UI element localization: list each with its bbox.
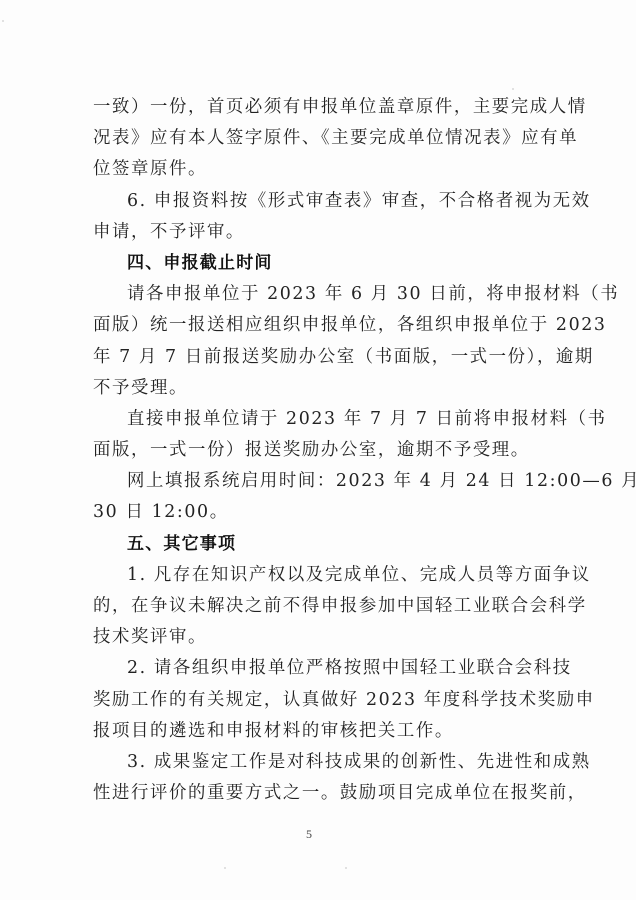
- text-line: 不予受理。: [93, 373, 539, 404]
- paragraph-item-2: 2. 请各组织申报单位严格按照中国轻工业联合会科技 奖励工作的有关规定，认真做好…: [93, 653, 539, 747]
- paragraph-item-3: 3. 成果鉴定工作是对科技成果的创新性、先进性和成熟 性进行评价的重要方式之一。…: [93, 747, 539, 809]
- paragraph-deadline: 请各申报单位于 2023 年 6 月 30 日前，将申报材料（书 面版）统一报送…: [93, 279, 539, 404]
- paragraph-item-6: 6. 申报资料按《形式审查表》审查，不合格者视为无效 申请，不予评审。: [93, 186, 539, 248]
- scan-artifact: [345, 867, 347, 869]
- text-line: 3. 成果鉴定工作是对科技成果的创新性、先进性和成熟: [93, 747, 539, 778]
- section-heading-deadline: 四、申报截止时间: [93, 248, 539, 279]
- text-line: 面版）统一报送相应组织申报单位，各组织申报单位于 2023: [93, 310, 539, 341]
- text-line: 6. 申报资料按《形式审查表》审查，不合格者视为无效: [93, 186, 539, 217]
- scan-artifact: [224, 867, 226, 869]
- text-line: 面版，一式一份）报送奖励办公室，逾期不予受理。: [93, 435, 539, 466]
- paragraph-continuation: 一致）一份，首页必须有申报单位盖章原件，主要完成人情 况表》应有本人签字原件、《…: [93, 92, 539, 186]
- paragraph-online-system: 网上填报系统启用时间：2023 年 4 月 24 日 12:00—6 月 30 …: [93, 466, 539, 528]
- scan-artifact: [512, 88, 514, 90]
- document-page: 一致）一份，首页必须有申报单位盖章原件，主要完成人情 况表》应有本人签字原件、《…: [0, 0, 636, 900]
- document-body: 一致）一份，首页必须有申报单位盖章原件，主要完成人情 况表》应有本人签字原件、《…: [93, 92, 539, 809]
- text-line: 技术奖评审。: [93, 622, 539, 653]
- text-line: 况表》应有本人签字原件、《主要完成单位情况表》应有单: [93, 123, 539, 154]
- text-line: 年 7 月 7 日前报送奖励办公室（书面版，一式一份），逾期: [93, 342, 539, 373]
- text-line: 30 日 12:00。: [93, 497, 539, 528]
- text-line: 一致）一份，首页必须有申报单位盖章原件，主要完成人情: [93, 92, 539, 123]
- text-line: 直接申报单位请于 2023 年 7 月 7 日前将申报材料（书: [93, 404, 539, 435]
- text-line: 性进行评价的重要方式之一。鼓励项目完成单位在报奖前，: [93, 778, 539, 809]
- text-line: 2. 请各组织申报单位严格按照中国轻工业联合会科技: [93, 653, 539, 684]
- paragraph-direct-applicants: 直接申报单位请于 2023 年 7 月 7 日前将申报材料（书 面版，一式一份）…: [93, 404, 539, 466]
- text-line: 请各申报单位于 2023 年 6 月 30 日前，将申报材料（书: [93, 279, 539, 310]
- paragraph-item-1: 1. 凡存在知识产权以及完成单位、完成人员等方面争议 的，在争议未解决之前不得申…: [93, 560, 539, 654]
- text-line: 的，在争议未解决之前不得申报参加中国轻工业联合会科学: [93, 591, 539, 622]
- page-number: 5: [306, 827, 312, 842]
- text-line: 报项目的遴选和申报材料的审核把关工作。: [93, 716, 539, 747]
- text-line: 1. 凡存在知识产权以及完成单位、完成人员等方面争议: [93, 560, 539, 591]
- text-line: 网上填报系统启用时间：2023 年 4 月 24 日 12:00—6 月: [93, 466, 539, 497]
- scan-artifact: [2, 20, 4, 22]
- text-line: 申请，不予评审。: [93, 217, 539, 248]
- text-line: 奖励工作的有关规定，认真做好 2023 年度科学技术奖励申: [93, 685, 539, 716]
- text-line: 位签章原件。: [93, 154, 539, 185]
- section-heading-other-matters: 五、其它事项: [93, 529, 539, 560]
